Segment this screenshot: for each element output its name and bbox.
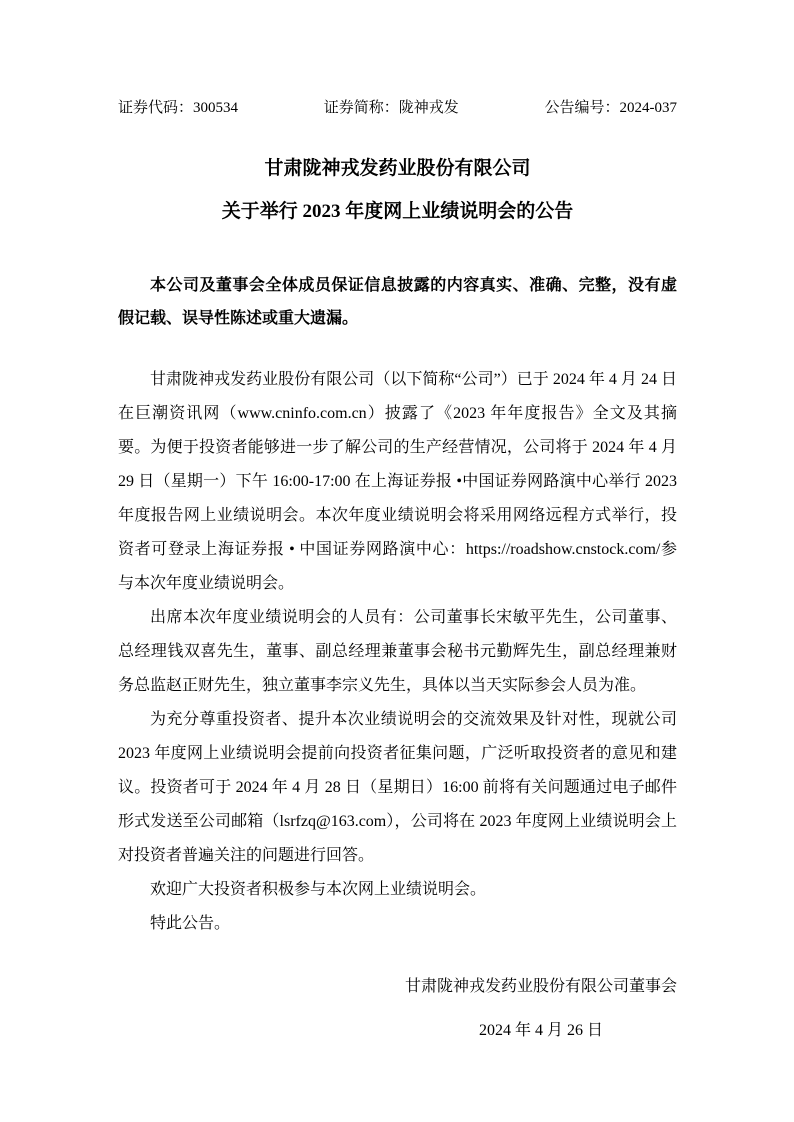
truthfulness-statement: 本公司及董事会全体成员保证信息披露的内容真实、准确、完整，没有虚假记载、误导性陈… bbox=[118, 269, 677, 335]
paragraph-welcome: 欢迎广大投资者积极参与本次网上业绩说明会。 bbox=[118, 873, 677, 907]
announcement-number: 公告编号：2024-037 bbox=[545, 98, 678, 119]
company-name-title: 甘肃陇神戎发药业股份有限公司 bbox=[118, 147, 677, 190]
document-header: 证券代码：300534 证券简称：陇神戎发 公告编号：2024-037 bbox=[118, 98, 677, 119]
paragraph-attendees: 出席本次年度业绩说明会的人员有：公司董事长宋敏平先生，公司董事、总经理钱双喜先生… bbox=[118, 601, 677, 703]
announcement-page: 证券代码：300534 证券简称：陇神戎发 公告编号：2024-037 甘肃陇神… bbox=[0, 0, 794, 1122]
stock-code: 证券代码：300534 bbox=[118, 98, 238, 119]
document-title: 甘肃陇神戎发药业股份有限公司 关于举行 2023 年度网上业绩说明会的公告 bbox=[118, 147, 677, 233]
paragraph-disclosure-and-meeting-info: 甘肃陇神戎发药业股份有限公司（以下简称“公司”）已于 2024 年 4 月 24… bbox=[118, 363, 677, 601]
document-body: 甘肃陇神戎发药业股份有限公司（以下简称“公司”）已于 2024 年 4 月 24… bbox=[118, 363, 677, 941]
paragraph-closing: 特此公告。 bbox=[118, 907, 677, 941]
announcement-subject-title: 关于举行 2023 年度网上业绩说明会的公告 bbox=[118, 190, 677, 233]
signature-date: 2024 年 4 月 26 日 bbox=[405, 1009, 677, 1053]
stock-abbreviation: 证券简称：陇神戎发 bbox=[324, 98, 459, 119]
signature-company: 甘肃陇神戎发药业股份有限公司董事会 bbox=[405, 965, 677, 1009]
signature-block: 甘肃陇神戎发药业股份有限公司董事会 2024 年 4 月 26 日 bbox=[405, 965, 677, 1053]
paragraph-question-collection: 为充分尊重投资者、提升本次业绩说明会的交流效果及针对性，现就公司 2023 年度… bbox=[118, 703, 677, 873]
